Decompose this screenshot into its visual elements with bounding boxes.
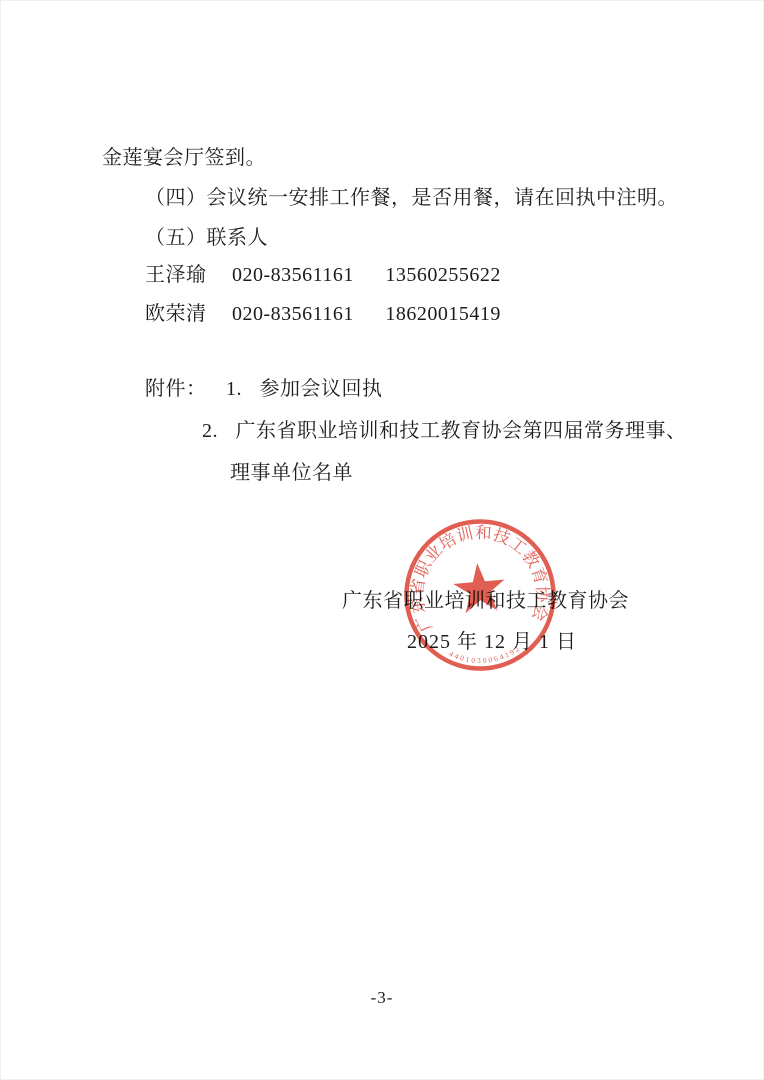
list-item-four: （四）会议统一安排工作餐，是否用餐，请在回执中注明。 xyxy=(145,186,678,210)
attachment-2-number: 2. xyxy=(202,420,218,442)
attachment-2-title-part-1: 广东省职业培训和技工教育协会第四届常务理事、 xyxy=(236,420,687,442)
seal-arc-text: 广东省职业培训和技工教育协会 xyxy=(401,517,555,636)
attachments-label: 附件： xyxy=(145,378,207,400)
paragraph-continuation-line: 金莲宴会厅签到。 xyxy=(102,146,266,170)
contact-phone: 020-83561161 xyxy=(232,302,354,326)
contact-row: 王泽瑜 020-83561161 13560255622 xyxy=(145,263,501,287)
attachment-2-title-part-2: 理事单位名单 xyxy=(230,461,353,485)
signature-organization: 广东省职业培训和技工教育协会 xyxy=(342,589,629,613)
contact-mobile: 18620015419 xyxy=(385,302,501,326)
attachment-1-title: 参加会议回执 xyxy=(260,378,383,400)
signature-date: 2025 年 12 月 1 日 xyxy=(407,630,577,654)
contact-phone: 020-83561161 xyxy=(232,263,354,287)
contact-mobile: 13560255622 xyxy=(385,263,501,287)
page-number: -3- xyxy=(0,988,764,1008)
contact-name: 欧荣清 xyxy=(145,302,207,326)
attachments-line-1: 附件： 1. 参加会议回执 xyxy=(145,377,383,401)
attachments-line-2: 2. 广东省职业培训和技工教育协会第四届常务理事、 xyxy=(202,419,687,443)
contact-row: 欧荣清 020-83561161 18620015419 xyxy=(145,302,501,326)
list-item-five-contacts-heading: （五）联系人 xyxy=(145,226,268,250)
document-page: 金莲宴会厅签到。 （四）会议统一安排工作餐，是否用餐，请在回执中注明。 （五）联… xyxy=(0,0,764,1080)
attachment-1-number: 1. xyxy=(226,378,242,400)
contact-name: 王泽瑜 xyxy=(145,263,207,287)
